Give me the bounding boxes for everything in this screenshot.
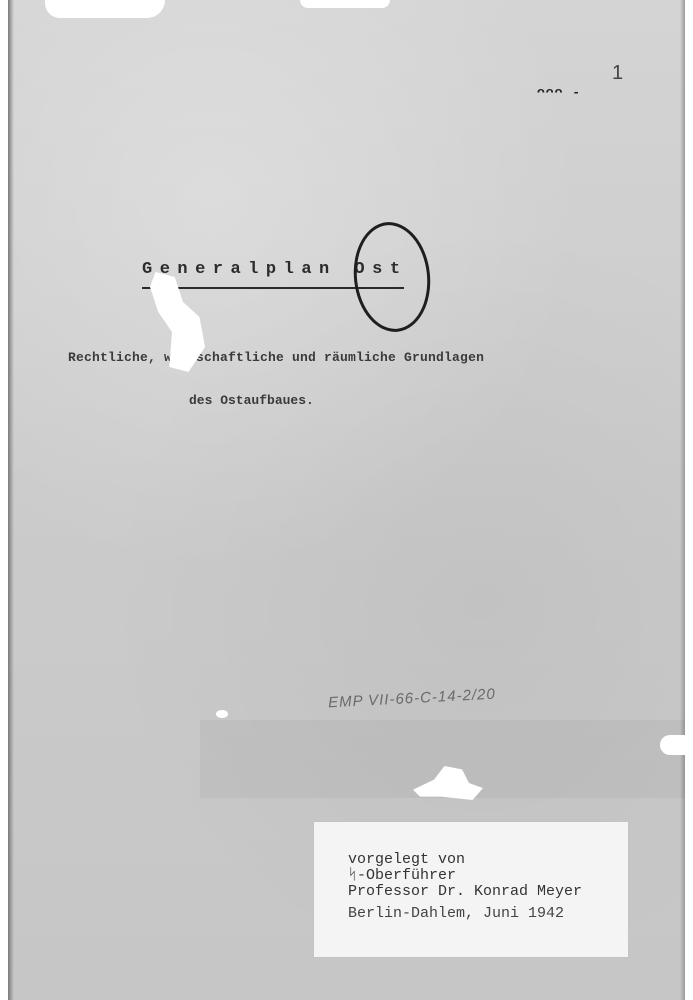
page-edge-left — [8, 0, 14, 1000]
paper-tear-right — [660, 735, 693, 755]
label-line-1: vorgelegt von — [348, 851, 465, 868]
paper-tear-top-2 — [300, 0, 390, 8]
subtitle-line-1: Rechtliche, wirtschaftliche und räumlich… — [68, 350, 484, 365]
label-line-4: Berlin-Dahlem, Juni 1942 — [348, 905, 564, 922]
paper-tear-top — [45, 0, 165, 18]
label-line-3: Professor Dr. Konrad Meyer — [348, 883, 582, 900]
header-mark: ᴖᴖᴖ - — [537, 85, 581, 100]
subtitle-line-2: des Ostaufbaues. — [189, 393, 314, 408]
paper-damage-small — [216, 710, 228, 718]
page-edge-right — [680, 0, 685, 1000]
label-line-2: ᛋ-Oberführer — [348, 867, 456, 884]
page-number: 1 — [612, 62, 623, 85]
